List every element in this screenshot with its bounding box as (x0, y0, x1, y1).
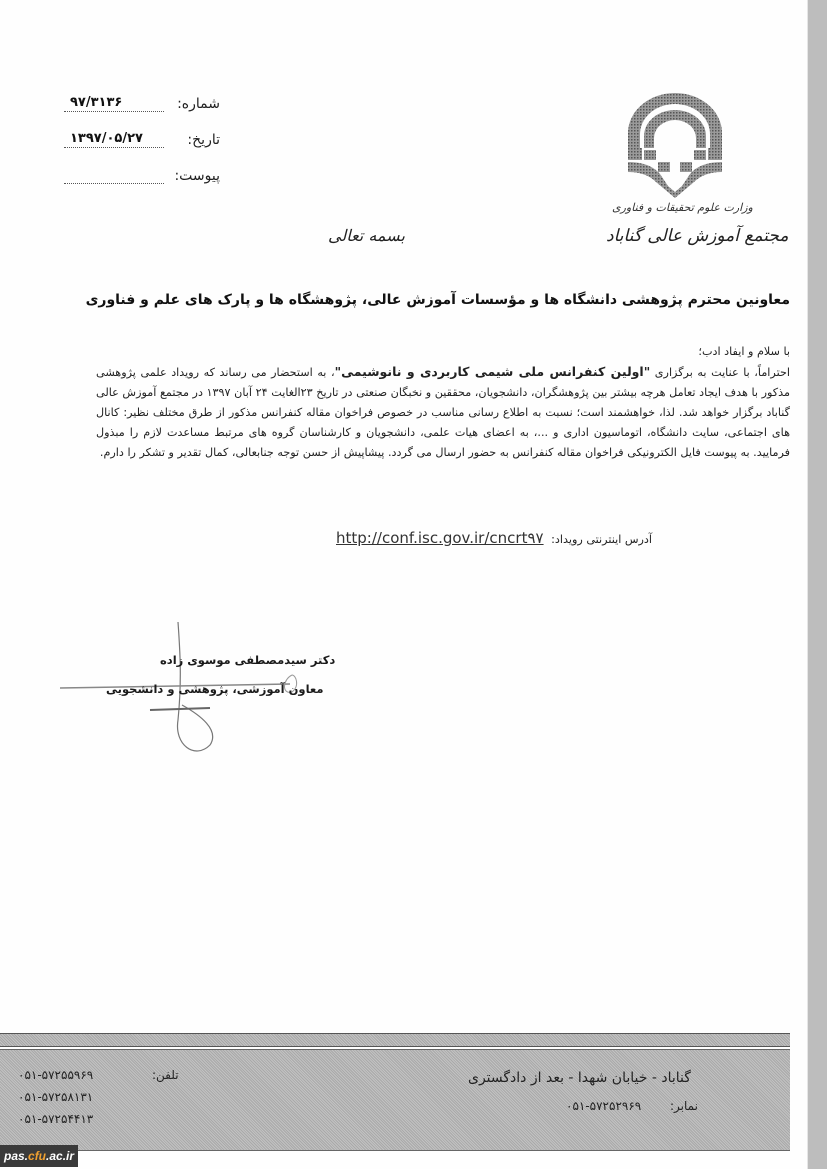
date-label: تاریخ: (164, 132, 220, 148)
footer-divider (0, 1033, 790, 1047)
basmala-heading: بسمه تعالی (328, 226, 405, 245)
date-field: ۱۳۹۷/۰۵/۲۷ (64, 131, 164, 148)
footer-address: گناباد - خیابان شهدا - بعد از دادگستری (468, 1070, 691, 1086)
university-logo-icon (610, 88, 740, 198)
watermark-prefix: pas. (4, 1149, 28, 1163)
attachment-label: پیوست: (164, 168, 220, 184)
tel-number-2: ۰۵۱-۵۷۲۵۸۱۳۱ (18, 1090, 93, 1104)
site-watermark: pas.cfu.ac.ir (0, 1145, 78, 1167)
watermark-suffix: .ac.ir (46, 1149, 74, 1163)
meta-attachment-row: پیوست: (60, 148, 220, 184)
tel-number-1: ۰۵۱-۵۷۲۵۵۹۶۹ (18, 1068, 93, 1082)
signatory-name: دکتر سیدمصطفی موسوی زاده (160, 653, 335, 667)
meta-date-row: تاریخ: ۱۳۹۷/۰۵/۲۷ (60, 112, 220, 148)
number-value: ۹۷/۳۱۳۶ (70, 95, 122, 110)
letter-meta: شماره: ۹۷/۳۱۳۶ تاریخ: ۱۳۹۷/۰۵/۲۷ پیوست: (60, 76, 220, 184)
ministry-name: وزارت علوم تحقیقات و فناوری (612, 201, 753, 214)
fax-number: ۰۵۱-۵۷۲۵۲۹۶۹ (566, 1099, 641, 1113)
intro-text: احتراماً، با عنایت به برگزاری (650, 366, 790, 379)
scan-edge (807, 0, 827, 1169)
tel-label: تلفن: (152, 1068, 179, 1082)
recipient-line: معاونین محترم پژوهشی دانشگاه ها و مؤسسات… (96, 292, 790, 308)
attachment-field (64, 167, 164, 184)
main-paragraph: احتراماً، با عنایت به برگزاری "اولین کنف… (96, 362, 790, 463)
number-label: شماره: (164, 96, 220, 112)
tel-number-3: ۰۵۱-۵۷۲۵۴۴۱۳ (18, 1112, 93, 1126)
watermark-accent: cfu (28, 1149, 46, 1163)
meta-number-row: شماره: ۹۷/۳۱۳۶ (60, 76, 220, 112)
fax-label: نمابر: (670, 1099, 698, 1113)
greeting: با سلام و ایفاد ادب؛ (96, 342, 790, 362)
institution-name: مجتمع آموزش عالی گناباد (606, 226, 788, 246)
signatory-title: معاون آموزشی، پژوهشی و دانشجویی (106, 682, 324, 696)
url-label: آدرس اینترنتی رویداد: (551, 533, 652, 546)
paragraph-text: ، به استحضار می رساند که رویداد علمی پژو… (96, 366, 790, 459)
conference-name: "اولین کنفرانس ملی شیمی کاربردی و نانوشی… (335, 364, 651, 379)
letter-page: شماره: ۹۷/۳۱۳۶ تاریخ: ۱۳۹۷/۰۵/۲۷ پیوست: (0, 0, 808, 1169)
date-value: ۱۳۹۷/۰۵/۲۷ (70, 131, 143, 146)
letter-body: با سلام و ایفاد ادب؛ احتراماً، با عنایت … (96, 342, 790, 463)
number-field: ۹۷/۳۱۳۶ (64, 95, 164, 112)
signature-block: دکتر سیدمصطفی موسوی زاده معاون آموزشی، پ… (60, 620, 320, 760)
event-url-line: آدرس اینترنتی رویداد: http://conf.isc.go… (336, 529, 652, 547)
event-url-link[interactable]: http://conf.isc.gov.ir/cncrt۹۷ (336, 529, 544, 547)
letterhead-footer: گناباد - خیابان شهدا - بعد از دادگستری ن… (0, 1049, 790, 1151)
